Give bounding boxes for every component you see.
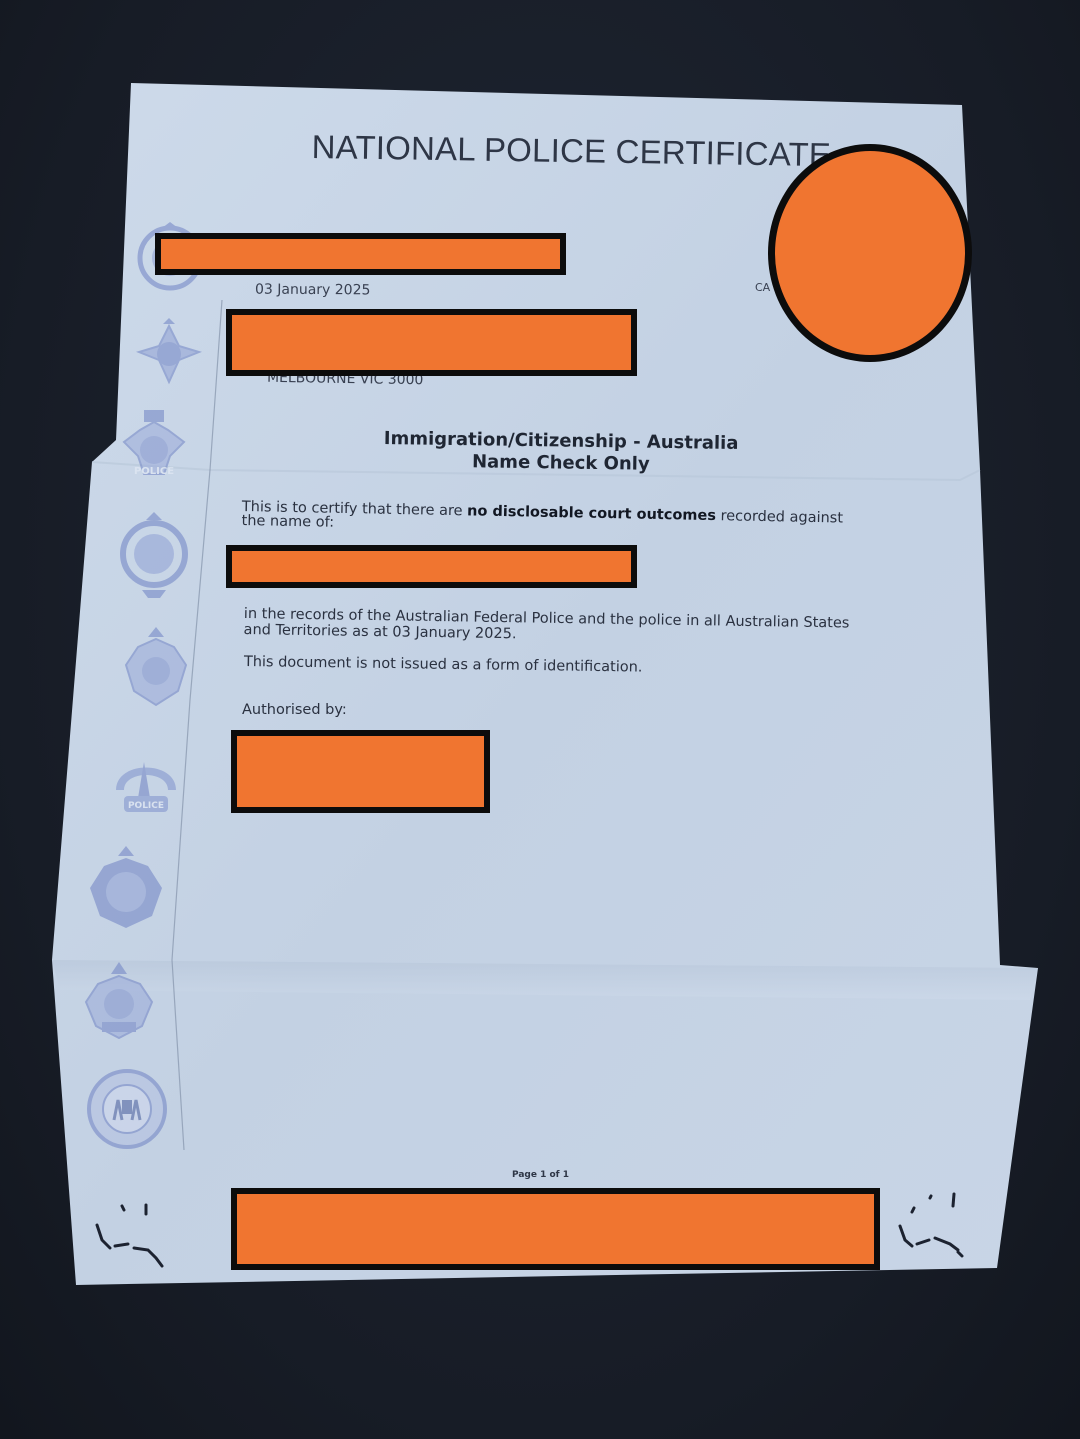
- nt-police-seal-icon: POLICE: [108, 740, 184, 820]
- certify-outcome: no disclosable court outcomes: [467, 503, 716, 524]
- tas-police-seal-icon: [86, 846, 166, 932]
- acic-seal-icon: [82, 1068, 172, 1150]
- redacted-header-line: [155, 233, 566, 275]
- redacted-footer: [231, 1188, 880, 1270]
- redacted-signature: [231, 730, 490, 813]
- page-indicator: Page 1 of 1: [512, 1170, 569, 1180]
- redacted-photo-or-seal: [768, 144, 972, 362]
- issue-date: 03 January 2025: [255, 282, 371, 299]
- partial-label: CA: [755, 281, 770, 294]
- wa-police-seal-icon: POLICE: [118, 408, 190, 484]
- check-type-line1: Immigration/Citizenship - Australia: [384, 428, 739, 454]
- svg-text:POLICE: POLICE: [134, 466, 174, 477]
- svg-text:POLICE: POLICE: [128, 801, 164, 811]
- redacted-recipient-address: [226, 309, 637, 376]
- check-type-heading: Immigration/Citizenship - Australia Name…: [383, 428, 738, 477]
- authorised-by-label: Authorised by:: [242, 702, 347, 718]
- vic-police-seal-icon: [82, 960, 156, 1042]
- redacted-applicant-name: [226, 545, 637, 588]
- certificate-paper: POLICE POLICE NATIONAL POLICE CERTIFICAT…: [0, 0, 1080, 1439]
- certificate-title: NATIONAL POLICE CERTIFICATE: [311, 128, 831, 174]
- sa-police-seal-icon: [118, 510, 190, 600]
- nsw-police-seal-icon: [135, 318, 203, 388]
- qld-police-seal-icon: [120, 625, 192, 711]
